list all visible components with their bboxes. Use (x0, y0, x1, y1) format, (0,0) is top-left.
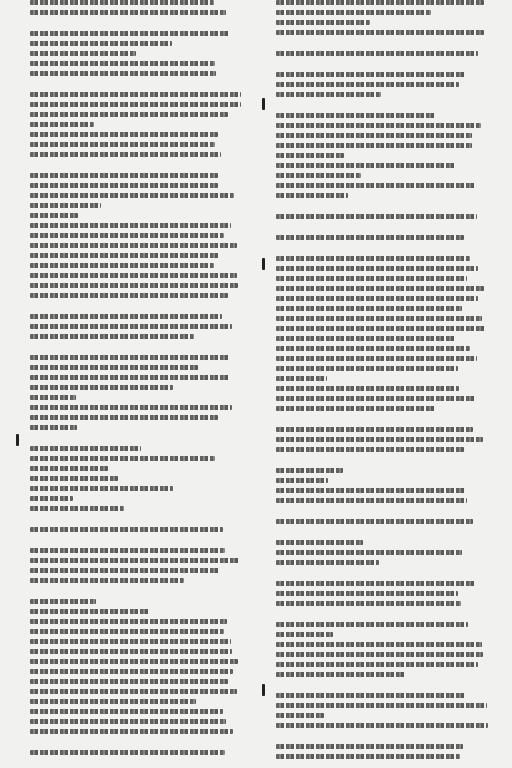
text-line (30, 609, 149, 614)
text-line (30, 558, 240, 563)
text-line (30, 629, 224, 634)
paragraph-gap (276, 457, 488, 468)
left-column (30, 0, 242, 760)
text-line (30, 365, 198, 370)
text-line (276, 672, 406, 677)
text-line (276, 123, 481, 128)
text-line (276, 713, 324, 718)
paragraph-gap (276, 102, 488, 113)
text-line (30, 568, 219, 573)
text-line (276, 30, 484, 35)
text-line (276, 214, 477, 219)
text-line (276, 0, 484, 5)
text-line (30, 506, 124, 511)
paragraph-gap (276, 570, 488, 581)
text-line (276, 286, 484, 291)
text-line (30, 112, 228, 117)
text-line (276, 366, 458, 371)
text-line (276, 316, 482, 321)
text-line (276, 113, 435, 118)
text-line (276, 51, 478, 56)
text-line (276, 468, 343, 473)
text-line (276, 346, 470, 351)
text-line (276, 153, 344, 158)
text-line (276, 622, 468, 627)
text-line (276, 376, 327, 381)
text-line (30, 51, 136, 56)
paragraph-gap (276, 529, 488, 540)
text-line (276, 133, 472, 138)
text-line (30, 446, 141, 451)
paragraph-gap (276, 224, 488, 235)
text-line (276, 183, 475, 188)
paragraph-gap (30, 516, 242, 527)
text-line (276, 488, 466, 493)
text-line (276, 601, 461, 606)
paragraph-gap (276, 245, 488, 256)
text-line (30, 92, 241, 97)
text-line (30, 243, 237, 248)
text-line (276, 437, 483, 442)
text-line (30, 233, 224, 238)
paragraph-gap (276, 416, 488, 427)
text-line (276, 82, 459, 87)
paragraph-gap (276, 682, 488, 693)
margin-mark (16, 434, 19, 446)
text-line (276, 306, 462, 311)
text-line (30, 375, 229, 380)
paragraph-gap (30, 344, 242, 355)
text-line (276, 581, 476, 586)
paragraph-gap (30, 81, 242, 92)
paragraph-gap (276, 733, 488, 744)
text-line (276, 723, 488, 728)
text-line (30, 719, 226, 724)
text-line (30, 283, 238, 288)
text-line (30, 193, 234, 198)
text-line (30, 659, 238, 664)
text-line (30, 152, 221, 157)
text-line (30, 385, 173, 390)
text-line (30, 415, 218, 420)
text-line (30, 649, 232, 654)
text-line (276, 336, 456, 341)
paragraph-gap (276, 40, 488, 51)
text-line (30, 355, 229, 360)
text-line (276, 72, 466, 77)
text-line (30, 314, 222, 319)
text-line (276, 754, 460, 759)
text-line (30, 61, 215, 66)
text-line (276, 447, 464, 452)
text-line (276, 235, 464, 240)
paragraph-gap (276, 508, 488, 519)
paragraph-gap (30, 20, 242, 31)
text-line (30, 425, 77, 430)
text-line (276, 478, 328, 483)
text-line (276, 396, 475, 401)
text-line (276, 296, 478, 301)
text-line (276, 427, 473, 432)
text-line (276, 20, 370, 25)
text-line (276, 652, 483, 657)
text-line (30, 324, 232, 329)
paragraph-gap (30, 537, 242, 548)
text-line (276, 256, 470, 261)
text-line (30, 578, 184, 583)
text-line (276, 550, 462, 555)
text-line (30, 263, 214, 268)
text-line (276, 406, 435, 411)
text-line (276, 591, 458, 596)
text-line (30, 142, 215, 147)
paragraph-gap (276, 203, 488, 214)
text-line (30, 689, 237, 694)
text-line (30, 253, 219, 258)
text-line (276, 498, 467, 503)
text-line (276, 632, 333, 637)
text-line (30, 10, 226, 15)
text-line (30, 213, 78, 218)
text-line (30, 0, 214, 5)
text-line (276, 10, 431, 15)
text-line (30, 183, 218, 188)
paragraph-gap (30, 162, 242, 173)
text-line (30, 273, 237, 278)
text-line (276, 356, 477, 361)
margin-mark (262, 258, 265, 270)
text-line (276, 703, 487, 708)
text-line (30, 132, 218, 137)
text-line (30, 619, 227, 624)
text-line (30, 486, 173, 491)
text-line (30, 679, 228, 684)
paragraph-gap (276, 611, 488, 622)
text-line (30, 476, 118, 481)
text-line (30, 699, 196, 704)
margin-mark (262, 684, 265, 696)
text-line (30, 122, 94, 127)
text-line (276, 560, 379, 565)
text-line (276, 642, 482, 647)
text-line (30, 669, 233, 674)
text-line (30, 405, 232, 410)
text-line (276, 143, 472, 148)
text-line (30, 639, 231, 644)
text-line (30, 466, 108, 471)
text-line (30, 395, 76, 400)
text-line (30, 41, 172, 46)
text-line (30, 223, 231, 228)
text-line (276, 266, 478, 271)
text-line (30, 456, 215, 461)
text-line (30, 709, 223, 714)
paragraph-gap (30, 588, 242, 599)
text-line (30, 293, 228, 298)
text-line (30, 729, 233, 734)
text-line (30, 102, 241, 107)
right-column (276, 0, 488, 764)
text-line (276, 519, 473, 524)
text-line (30, 548, 225, 553)
text-line (276, 193, 348, 198)
text-line (30, 750, 225, 755)
text-line (276, 92, 381, 97)
paragraph-gap (30, 435, 242, 446)
text-line (30, 203, 101, 208)
text-line (276, 173, 361, 178)
text-line (276, 163, 456, 168)
text-line (30, 71, 216, 76)
text-line (30, 173, 218, 178)
paragraph-gap (30, 739, 242, 750)
text-line (276, 386, 459, 391)
text-line (276, 540, 363, 545)
text-line (276, 744, 463, 749)
text-line (276, 693, 466, 698)
text-line (30, 31, 229, 36)
text-line (30, 599, 96, 604)
paragraph-gap (276, 61, 488, 72)
text-line (276, 276, 467, 281)
paragraph-gap (30, 303, 242, 314)
text-line (30, 496, 73, 501)
text-line (276, 662, 478, 667)
text-line (30, 527, 223, 532)
text-line (276, 326, 486, 331)
text-line (30, 334, 194, 339)
margin-mark (262, 98, 265, 110)
